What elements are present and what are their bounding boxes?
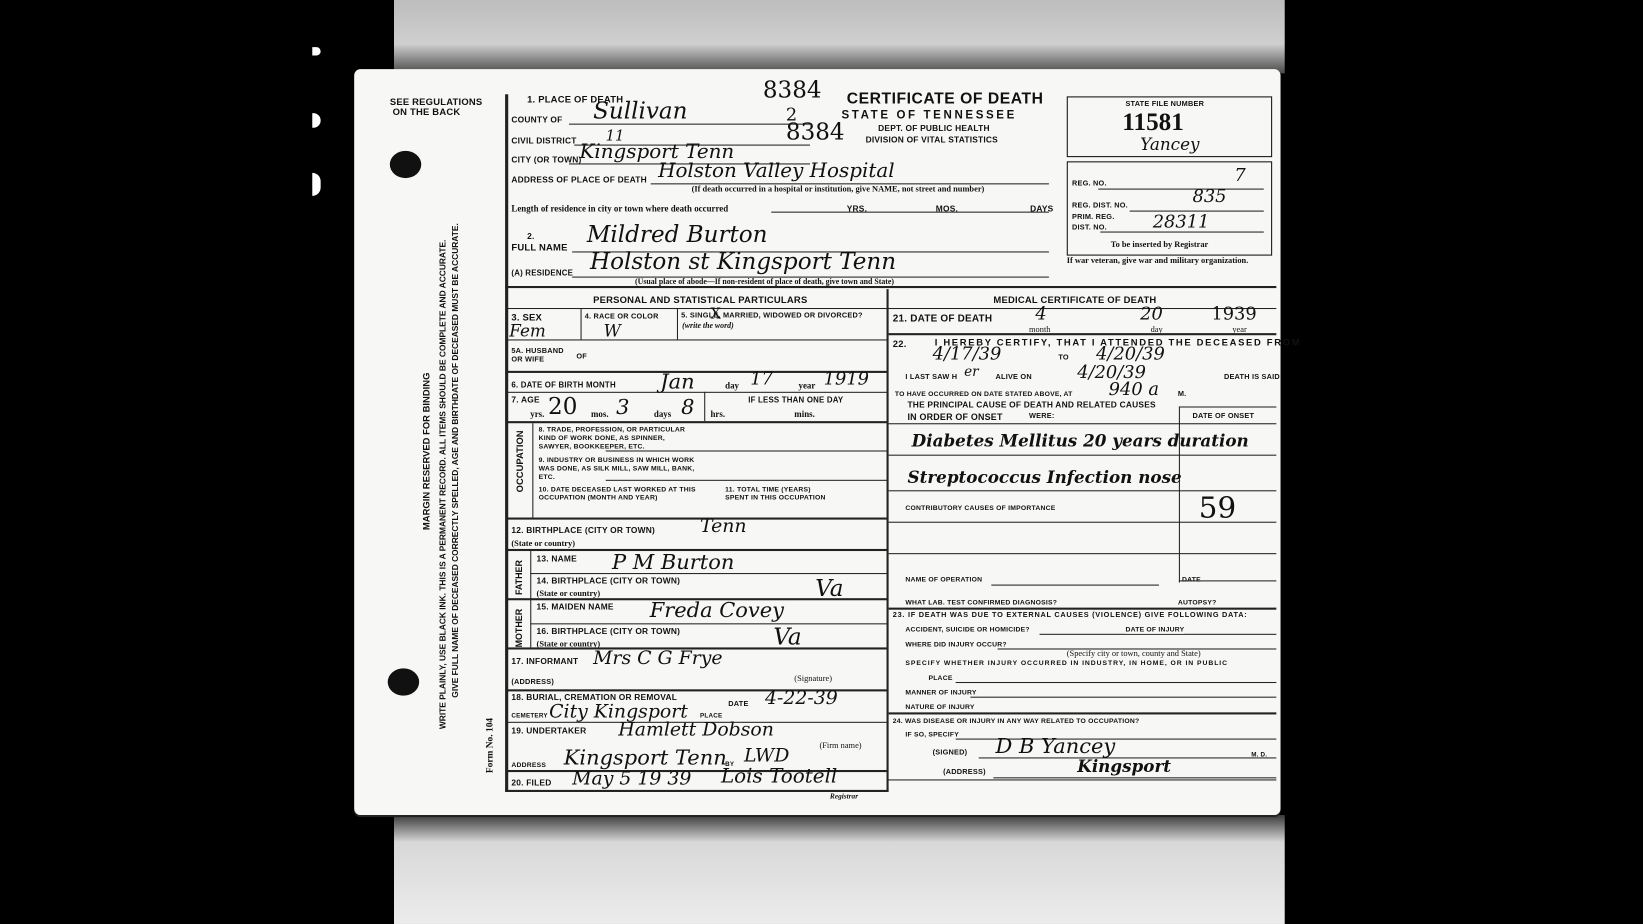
- were-label: WERE:: [1029, 413, 1055, 420]
- rule: [889, 455, 1277, 456]
- hrs-label: hrs.: [710, 409, 725, 419]
- film-notch: [312, 47, 320, 55]
- signed-label: (SIGNED): [933, 749, 968, 756]
- dod-month-field[interactable]: 4: [1035, 304, 1046, 325]
- reg-no-field[interactable]: 7: [1234, 166, 1245, 187]
- county-label: COUNTY OF: [511, 115, 562, 124]
- registrar-signature[interactable]: Lois Tootell: [721, 765, 837, 788]
- residence-note: (Usual place of abode—If non-resident of…: [635, 277, 894, 286]
- father-bp-label: 14. BIRTHPLACE (city or town): [537, 576, 681, 585]
- rule: [606, 450, 887, 451]
- m-label: M.: [1178, 391, 1187, 398]
- dob-day-label: day: [725, 380, 739, 390]
- filed-label: 20. FILED: [511, 778, 551, 787]
- rule: [581, 308, 582, 339]
- physician-address-field[interactable]: Kingsport: [1077, 756, 1171, 776]
- footer-rule-right: [887, 779, 1277, 780]
- rule: [704, 392, 705, 421]
- rule: [889, 423, 1277, 424]
- days-label: days: [1030, 204, 1053, 213]
- occupation-label: OCCUPATION: [515, 430, 525, 492]
- binding-hole: [388, 668, 419, 695]
- order-of-onset-label: IN ORDER OF ONSET: [907, 412, 1002, 422]
- rule: [889, 712, 1277, 714]
- dob-label: 6. DATE OF BIRTH month: [511, 380, 615, 389]
- mins-label: mins.: [794, 409, 815, 419]
- undertaker-address-label: ADDRESS: [511, 762, 546, 769]
- certificate-title: CERTIFICATE OF DEATH: [847, 90, 1044, 108]
- see-regulations: SEE REGULATIONSON THE BACK: [390, 96, 463, 117]
- address-place-field[interactable]: Holston Valley Hospital: [658, 159, 895, 182]
- manner-label: MANNER OF INJURY: [905, 689, 976, 696]
- reg-dist-field[interactable]: 835: [1193, 186, 1227, 207]
- spouse-of: OF: [576, 353, 587, 360]
- margin-instructions-2: GIVE FULL NAME OF DECEASED CORRECTLY SPE…: [451, 223, 460, 697]
- mother-name-field[interactable]: Freda Covey: [650, 597, 784, 622]
- undertaker-label: 19. UNDERTAKER: [511, 726, 586, 735]
- dob-year-label: year: [798, 380, 815, 390]
- rule: [1040, 634, 1277, 635]
- age-yrs-field[interactable]: 20: [548, 394, 577, 420]
- rule: [507, 421, 886, 423]
- race-field[interactable]: W: [604, 321, 621, 341]
- external-causes-label: 23. IF DEATH WAS DUE TO EXTERNAL CAUSES …: [893, 612, 1248, 619]
- dob-year-field[interactable]: 1919: [824, 369, 869, 390]
- state-title: STATE OF TENNESSEE: [841, 109, 1016, 122]
- reg-no-label: REG. NO.: [1072, 180, 1107, 187]
- cause-2-field[interactable]: Streptococcus Infection nose: [907, 467, 1181, 487]
- rule: [993, 777, 1276, 778]
- annotation-8384: 8384: [763, 78, 822, 104]
- certify-num: 22.: [893, 338, 907, 348]
- informant-field[interactable]: Mrs C G Frye: [593, 647, 722, 669]
- scan-background-top: [394, 0, 1285, 73]
- dist-no-label: DIST. NO.: [1072, 224, 1107, 231]
- yrs-label: yrs.: [847, 204, 867, 213]
- state-file-label: STATE FILE NUMBER: [1125, 101, 1204, 108]
- birthplace-field[interactable]: Tenn: [700, 515, 747, 537]
- rule: [889, 333, 1277, 335]
- date-of-onset-label: DATE OF ONSET: [1193, 413, 1255, 420]
- occ10-label: 10. DATE DECEASED LAST WORKED AT THIS OC…: [539, 486, 696, 503]
- frame-divider: [887, 289, 889, 791]
- rule: [507, 392, 886, 393]
- accident-label: ACCIDENT, SUICIDE OR HOMICIDE?: [905, 626, 1029, 633]
- rule: [507, 339, 886, 340]
- filed-field[interactable]: May 5 19 39: [572, 768, 691, 790]
- dist-no-field[interactable]: 28311: [1153, 212, 1210, 233]
- birthplace-state: (State or country): [511, 538, 575, 547]
- firm-name-note: (Firm name): [819, 741, 861, 750]
- father-bp-state: (State or country): [537, 589, 601, 598]
- rule: [889, 608, 1277, 610]
- marital-field[interactable]: X: [710, 306, 720, 323]
- occ8-label: 8. TRADE, PROFESSION, OR PARTICULAR KIND…: [539, 426, 696, 451]
- form-number: Form No. 104: [484, 718, 494, 773]
- specify-whether-label: SPECIFY WHETHER INJURY OCCURRED IN INDUS…: [905, 660, 1228, 667]
- father-name-field[interactable]: P M Burton: [612, 549, 734, 574]
- rule: [889, 522, 1277, 523]
- scan-background-bottom: [394, 815, 1285, 924]
- marital-label: 5. SINGLE, MARRIED, WIDOWED OR DIVORCED?: [681, 312, 863, 319]
- reg-dist-label: REG. DIST. NO.: [1072, 202, 1128, 209]
- sex-field[interactable]: Fem: [509, 321, 546, 341]
- state-file-number: 11581: [1122, 109, 1183, 137]
- where-injury-label: WHERE DID INJURY OCCUR?: [905, 641, 1006, 648]
- document-viewer: SEE REGULATIONSON THE BACK MARGIN RESERV…: [0, 0, 1643, 924]
- md-label: M. D.: [1251, 752, 1267, 758]
- father-name-label: 13. NAME: [537, 554, 577, 563]
- dob-month-field[interactable]: Jan: [660, 369, 694, 394]
- injury-place-label: PLACE: [928, 675, 952, 682]
- physician-address-label: (ADDRESS): [943, 769, 986, 776]
- death-said-label: DEATH IS SAID: [1224, 374, 1280, 381]
- spouse-label: 5A. HUSBAND OR WIFE: [511, 348, 574, 365]
- operation-label: NAME OF OPERATION: [905, 576, 982, 583]
- death-certificate: SEE REGULATIONSON THE BACK MARGIN RESERV…: [354, 69, 1280, 815]
- rule: [991, 585, 1159, 586]
- age-mos-field[interactable]: 3: [616, 394, 629, 419]
- rule: [771, 212, 1049, 213]
- rule: [956, 682, 1277, 683]
- dod-year-field[interactable]: 1939: [1211, 304, 1256, 325]
- contributory-label: CONTRIBUTORY CAUSES OF IMPORTANCE: [905, 505, 1055, 512]
- mos-label: mos.: [936, 204, 958, 213]
- occ9-label: 9. INDUSTRY OR BUSINESS IN WHICH WORK WA…: [539, 457, 696, 482]
- birthplace-label: 12. BIRTHPLACE (city or town): [511, 526, 655, 535]
- lab-test-label: WHAT LAB. TEST CONFIRMED DIAGNOSIS?: [905, 599, 1057, 606]
- informant-label: 17. INFORMANT: [511, 657, 578, 666]
- specify-place-note: (Specify city or town, county and State): [1067, 648, 1201, 657]
- physician-signature[interactable]: D B Yancey: [996, 733, 1116, 758]
- medical-heading: MEDICAL CERTIFICATE OF DEATH: [993, 294, 1156, 304]
- film-notch: [312, 113, 320, 128]
- date-of-injury-label: DATE OF INJURY: [1125, 626, 1184, 633]
- cause-1-field[interactable]: Diabetes Mellitus 20 years duration: [912, 431, 1249, 451]
- county-field[interactable]: Sullivan: [593, 98, 687, 124]
- registrar-note: To be inserted by Registrar: [1111, 240, 1208, 249]
- burial-date-field[interactable]: 4-22-39: [765, 687, 838, 709]
- residence-length-label: Length of residence in city or town wher…: [511, 203, 728, 213]
- rule: [530, 623, 886, 624]
- alive-on-label: ALIVE ON: [996, 374, 1032, 381]
- address-note: (If death occurred in a hospital or inst…: [692, 184, 985, 193]
- rule: [530, 573, 886, 574]
- to-label: TO: [1058, 354, 1068, 361]
- time-of-death-field[interactable]: 940 a: [1109, 379, 1159, 400]
- rule: [1179, 406, 1276, 407]
- age-days-field[interactable]: 8: [681, 394, 694, 419]
- attended-to-field[interactable]: 4/20/39: [1096, 344, 1165, 365]
- autopsy-label: AUTOPSY?: [1178, 599, 1217, 606]
- dob-day-field[interactable]: 17: [750, 369, 773, 390]
- father-label: FATHER: [513, 560, 523, 595]
- rule: [889, 553, 1277, 554]
- undertaker-field[interactable]: Hamlett Dobson: [618, 719, 774, 741]
- race-label: 4. RACE OR COLOR: [585, 313, 659, 320]
- cemetery-label: CEMETERY: [511, 713, 547, 719]
- margin-reserved: MARGIN RESERVED FOR BINDING: [421, 373, 431, 531]
- occ11-label: 11. TOTAL TIME (YEARS) SPENT IN THIS OCC…: [725, 486, 830, 503]
- rule: [1098, 189, 1264, 190]
- margin-instructions-1: WRITE PLAINLY, USE BLACK INK. THIS IS A …: [438, 240, 447, 730]
- last-saw-label: I LAST SAW H: [905, 374, 957, 381]
- full-name-num: 2.: [527, 232, 534, 241]
- film-notch: [312, 173, 320, 196]
- if-so-label: IF SO, SPECIFY: [905, 731, 959, 738]
- coded-number: 59: [1199, 490, 1236, 525]
- informant-address-label: (ADDRESS): [511, 679, 554, 686]
- age-yrs-label: yrs.: [530, 409, 544, 419]
- burial-date-label: DATE: [728, 701, 748, 708]
- registrar-label: Registrar: [830, 792, 858, 800]
- prim-reg-label: PRIM. REG.: [1072, 214, 1114, 221]
- header-rule: [505, 286, 1276, 288]
- rule: [606, 480, 887, 481]
- full-name-field[interactable]: Mildred Burton: [587, 222, 768, 248]
- civil-district-label: CIVIL DISTRICT: [511, 136, 576, 145]
- frame-left: [505, 94, 508, 791]
- dod-day-field[interactable]: 20: [1140, 304, 1163, 325]
- rule: [507, 518, 886, 520]
- age-days-label: days: [654, 409, 671, 419]
- division-title: DIVISION OF VITAL STATISTICS: [866, 135, 998, 144]
- rule: [970, 697, 1276, 698]
- dod-label: 21. DATE OF DEATH: [893, 313, 992, 325]
- age-label: 7. AGE: [511, 395, 539, 404]
- marital-note: (write the word): [682, 321, 734, 330]
- address-place-label: ADDRESS OF PLACE OF DEATH: [511, 175, 647, 184]
- age-mos-label: mos.: [591, 409, 609, 419]
- mother-label: MOTHER: [513, 609, 523, 648]
- rule: [677, 308, 678, 339]
- attended-from-field[interactable]: 4/17/39: [933, 344, 1002, 365]
- full-name-label: FULL NAME: [511, 242, 567, 252]
- binding-hole: [390, 151, 421, 178]
- state-file-note: Yancey: [1140, 134, 1199, 154]
- operation-date-label: DATE: [1182, 576, 1201, 583]
- undertaker-address-field[interactable]: Kingsport Tenn: [564, 745, 727, 770]
- dept-title: DEPT. OF PUBLIC HEALTH: [878, 124, 990, 133]
- mother-name-label: 15. MAIDEN NAME: [537, 602, 614, 611]
- residence-field[interactable]: Holston st Kingsport Tenn: [590, 249, 896, 275]
- signature-note: (Signature): [794, 674, 832, 683]
- annotation-8384-2: 8384: [786, 119, 845, 145]
- rule: [532, 423, 533, 517]
- principal-cause-label: THE PRINCIPAL CAUSE OF DEATH AND RELATED…: [907, 400, 1155, 409]
- last-saw-her-field[interactable]: er: [964, 365, 979, 381]
- residence-label: (A) RESIDENCE: [511, 268, 573, 277]
- by-field[interactable]: LWD: [744, 745, 789, 767]
- occupation-related-label: 24. WAS DISEASE OR INJURY IN ANY WAY REL…: [893, 718, 1140, 725]
- personal-heading: PERSONAL AND STATISTICAL PARTICULARS: [593, 294, 807, 304]
- nature-label: NATURE OF INJURY: [905, 704, 974, 711]
- mother-bp-label: 16. BIRTHPLACE (city or town): [537, 626, 681, 635]
- occurred-label: TO HAVE OCCURRED ON DATE STATED ABOVE, A…: [895, 391, 1073, 398]
- veteran-note: If war veteran, give war and military or…: [1067, 256, 1277, 265]
- less-than-day: IF LESS THAN ONE DAY: [748, 395, 843, 404]
